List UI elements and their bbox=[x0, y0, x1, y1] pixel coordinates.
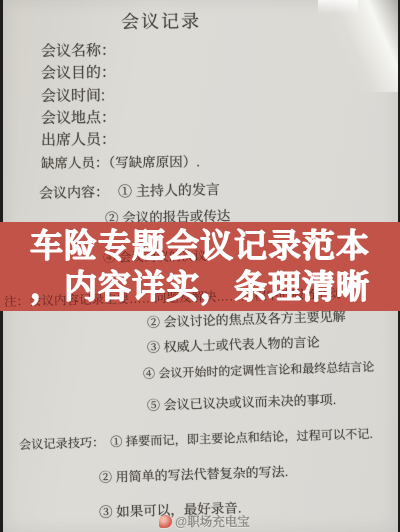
watermark-logo-icon bbox=[159, 515, 172, 528]
caption-banner: ④ 会议商议的决议 注：会议内容记录主要……问题及解决……过程中的服务活动 车险… bbox=[0, 222, 400, 311]
tips-row: 会议记录技巧： ① 择要而记，即主要论点和结论，过程可以不记. bbox=[19, 425, 373, 453]
tips-label: 会议记录技巧： bbox=[19, 433, 105, 453]
page-title: 会议记录 bbox=[121, 7, 201, 34]
discussion-item-4: ④ 会议开始时的定调性言论和最终总结言论 bbox=[143, 358, 375, 382]
field-attendees: 出席人员： bbox=[41, 128, 116, 150]
watermark-handle: @职场充电宝 bbox=[175, 512, 250, 530]
tip-item-1: ① 择要而记，即主要论点和结论，过程可以不记. bbox=[110, 425, 373, 450]
discussion-item-3: ③ 权威人士或代表人物的言论 bbox=[147, 332, 320, 356]
watermark: @职场充电宝 bbox=[159, 512, 250, 530]
field-meeting-place: 会议地点： bbox=[41, 106, 116, 128]
paper-fold-highlight bbox=[318, 0, 358, 14]
field-meeting-time: 会议时间: bbox=[41, 84, 105, 106]
discussion-item-5: ⑤ 会议已议决或议而未决的事项. bbox=[147, 389, 337, 414]
caption-text: 车险专题会议记录范本 ，内容详实，条理清晰 bbox=[0, 225, 400, 307]
field-meeting-purpose: 会议目的： bbox=[41, 61, 116, 83]
tip-item-2: ② 用简单的写法代替复杂的写法. bbox=[99, 461, 289, 486]
caption-line-2: ，内容详实，条理清晰 bbox=[0, 266, 400, 307]
field-meeting-name: 会议名称： bbox=[41, 39, 116, 61]
field-absentees: 缺席人员：（写缺席原因）. bbox=[41, 150, 200, 172]
content-item-1: ① 主持人的发言 bbox=[118, 179, 220, 201]
meeting-content-label: 会议内容： bbox=[39, 182, 109, 203]
meeting-content-row: 会议内容： ① 主持人的发言 bbox=[39, 179, 220, 203]
caption-line-1: 车险专题会议记录范本 bbox=[0, 225, 400, 266]
photo-background: 会议记录 会议名称： 会议目的： 会议时间: 会议地点： 出席人员： 缺席人员：… bbox=[0, 0, 400, 532]
